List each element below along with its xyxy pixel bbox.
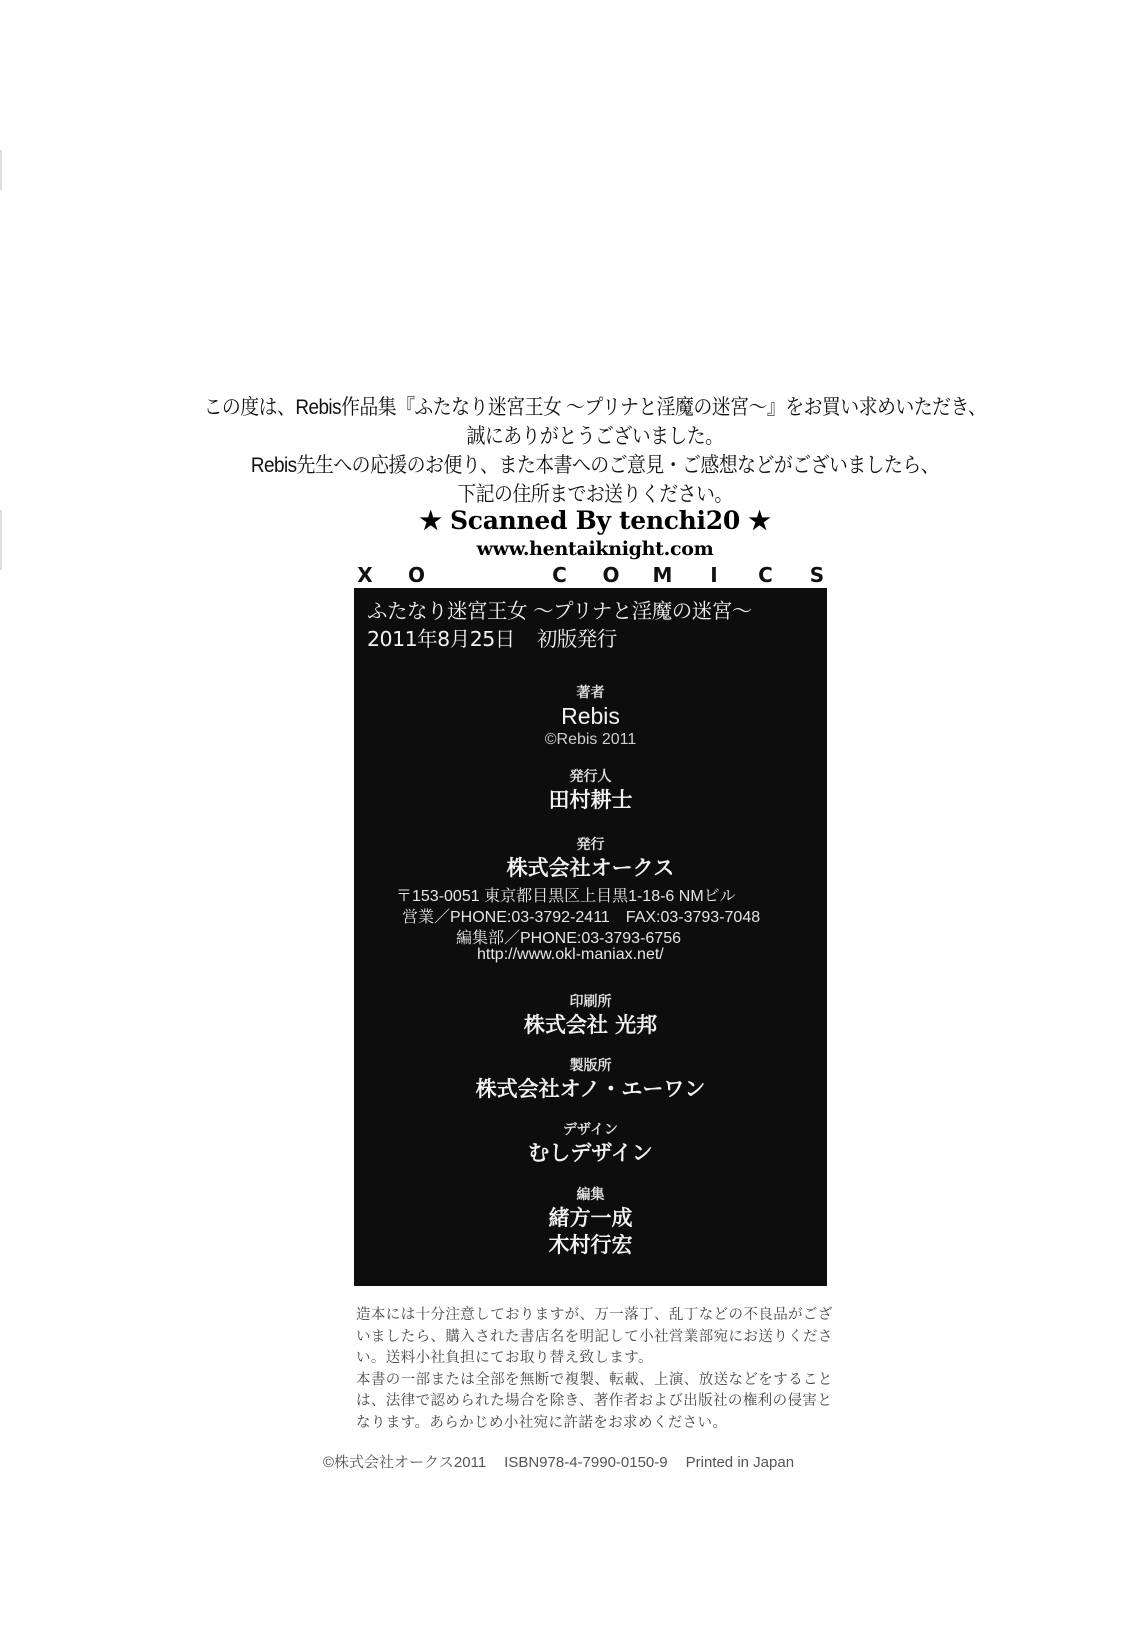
imprint-letter: X: [355, 563, 375, 587]
credit-name: 緒方一成: [354, 1205, 827, 1232]
publisher-address: 〒153-0051 東京都目黒区上目黒1-18-6 NMビル: [396, 883, 736, 906]
notice-line: なります。あらかじめ小社宛に許諾をお求めください。: [356, 1413, 826, 1435]
credit-name: 田村耕士: [354, 787, 827, 814]
imprint-letter: O: [601, 563, 621, 587]
defect-and-copyright-notice: 造本には十分注意しておりますが、万一落丁、乱丁などの不良品がござ いましたら、購…: [356, 1305, 826, 1435]
credit-printer: 印刷所 株式会社 光邦: [354, 992, 827, 1039]
publication-date: 2011年8月25日初版発行: [367, 622, 617, 652]
credit-name: 株式会社オークス: [354, 855, 827, 882]
credit-name: むしデザイン: [354, 1140, 827, 1167]
credit-role: 製版所: [354, 1056, 827, 1076]
footer-line: ©株式会社オークス2011ISBN978-4-7990-0150-9Printe…: [323, 1451, 794, 1472]
intro-line: 誠にありがとうございました。: [60, 422, 1131, 451]
imprint-letter: S: [807, 563, 827, 587]
notice-line: いましたら、購入された書店名を明記して小社営業部宛にお送りくださ: [356, 1327, 826, 1349]
credit-editors: 編集 緒方一成 木村行宏: [354, 1185, 827, 1259]
colophon-panel: ふたなり迷宮王女 ～プリナと淫魔の迷宮～ 2011年8月25日初版発行 著者 R…: [354, 588, 827, 1286]
notice-line: い。送料小社負担にてお取り替え致します。: [356, 1348, 826, 1370]
credit-role: 発行人: [354, 767, 827, 787]
credit-role: 印刷所: [354, 992, 827, 1012]
notice-line: 造本には十分注意しておりますが、万一落丁、乱丁などの不良品がござ: [356, 1305, 826, 1327]
footer-printed: Printed in Japan: [686, 1454, 794, 1471]
scan-credit-title: ★ Scanned By tenchi20 ★: [0, 506, 1140, 535]
credit-publisher-person: 発行人 田村耕士: [354, 767, 827, 814]
credit-design: デザイン むしデザイン: [354, 1120, 827, 1167]
imprint-letter: M: [653, 563, 673, 587]
edition-label: 初版発行: [537, 627, 617, 651]
credit-name: 木村行宏: [354, 1232, 827, 1259]
scan-credit-url: www.hentaiknight.com: [0, 538, 1140, 560]
notice-line: 本書の一部または全部を無断で複製、転載、上演、放送などをすること: [356, 1370, 826, 1392]
credit-name: 株式会社 光邦: [354, 1012, 827, 1039]
intro-line: Rebis先生への応援のお便り、また本書へのご意見・ご感想などがございましたら、: [60, 451, 1131, 480]
imprint-letter: O: [407, 563, 427, 587]
footer-copyright: ©株式会社オークス2011: [323, 1454, 486, 1471]
credit-role: 編集: [354, 1185, 827, 1205]
author-copyright: ©Rebis 2011: [354, 730, 827, 750]
credit-author: 著者 Rebis ©Rebis 2011: [354, 683, 827, 750]
intro-message: この度は、Rebis作品集『ふたなり迷宮王女 ～プリナと淫魔の迷宮～』をお買い求…: [60, 393, 1131, 509]
intro-line: 下記の住所までお送りください。: [60, 480, 1131, 509]
credit-name: 株式会社オノ・エーワン: [354, 1076, 827, 1103]
notice-line: は、法律で認められた場合を除き、著作者および出版社の権利の侵害と: [356, 1391, 826, 1413]
imprint-letter: C: [550, 563, 570, 587]
publisher-sales-contact: 営業／PHONE:03-3792-2411 FAX:03-3793-7048: [402, 904, 760, 927]
imprint-letter: I: [704, 563, 724, 587]
intro-line: この度は、Rebis作品集『ふたなり迷宮王女 ～プリナと淫魔の迷宮～』をお買い求…: [60, 393, 1131, 422]
publisher-website[interactable]: http://www.okl-maniax.net/: [477, 946, 664, 964]
credit-name: Rebis: [354, 703, 827, 730]
credit-role: 発行: [354, 835, 827, 855]
imprint-letter: C: [756, 563, 776, 587]
credit-role: デザイン: [354, 1120, 827, 1140]
book-title: ふたなり迷宮王女 ～プリナと淫魔の迷宮～: [367, 594, 752, 624]
footer-isbn: ISBN978-4-7990-0150-9: [504, 1454, 667, 1471]
publisher-editorial-contact: 編集部／PHONE:03-3793-6756: [456, 925, 681, 948]
credit-plate-maker: 製版所 株式会社オノ・エーワン: [354, 1056, 827, 1103]
scan-edge-mark: [0, 150, 2, 190]
credit-role: 著者: [354, 683, 827, 703]
date-value: 2011年8月25日: [367, 627, 515, 651]
credit-publisher: 発行 株式会社オークス: [354, 835, 827, 882]
imprint-label: X O C O M I C S: [355, 562, 827, 588]
